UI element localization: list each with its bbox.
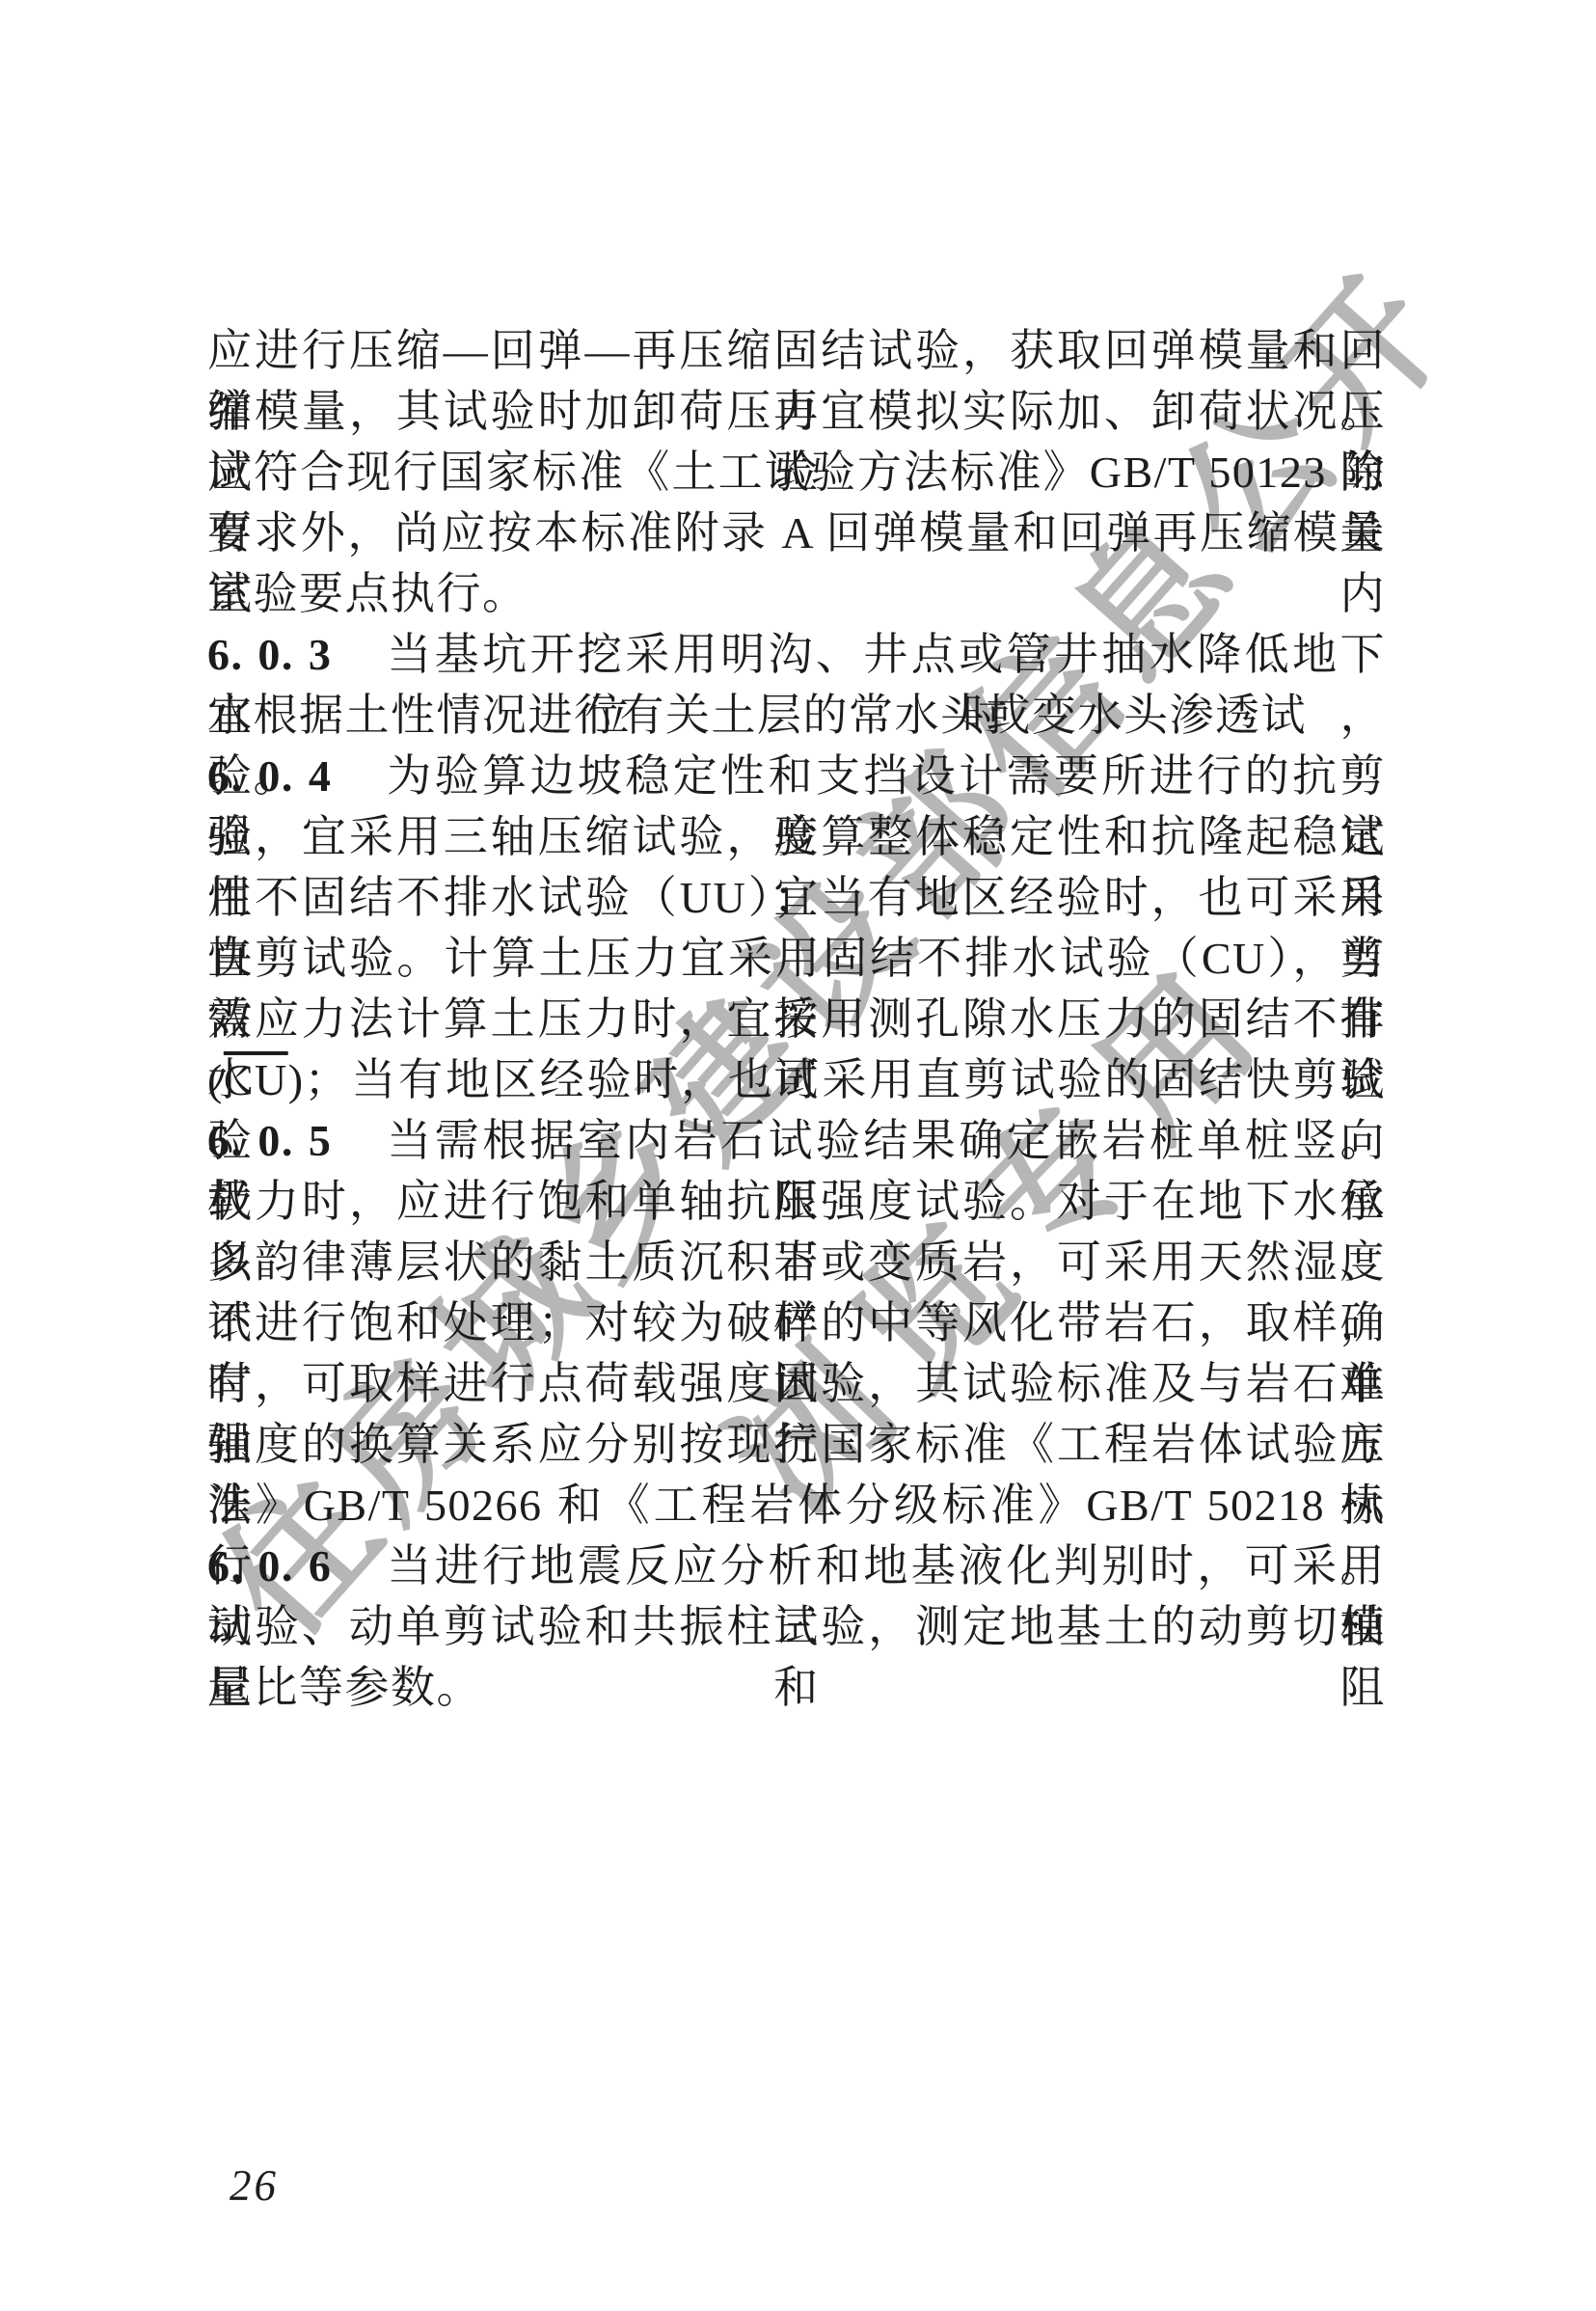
text-line: 快剪试验。计算土压力宜采用固结不排水试验（CU），当需按有 bbox=[207, 928, 1386, 989]
text-line: (CU)；当有地区经验时，也可采用直剪试验的固结快剪试验。 bbox=[207, 1049, 1386, 1110]
text-line: 验，宜采用三轴压缩试验，验算整体稳定性和抗隆起稳定性宜采 bbox=[207, 806, 1386, 867]
text-line: 效应力法计算土压力时，宜采用测孔隙水压力的固结不排水试验 bbox=[207, 989, 1386, 1049]
body-text: 应进行压缩—回弹—再压缩固结试验，获取回弹模量和回弹再压缩模量，其试验时加卸荷压… bbox=[207, 320, 1386, 1718]
overline-symbol: CU bbox=[224, 1055, 288, 1104]
text-line: 多韵律薄层状的黏土质沉积岩或变质岩，可采用天然湿度试样， bbox=[207, 1232, 1386, 1292]
text-line: 准》GB/T 50266 和《工程岩体分级标准》GB/T 50218 执行。 bbox=[207, 1475, 1386, 1536]
section-number: 6. 0. 6 bbox=[207, 1541, 332, 1591]
text-line: 用不固结不排水试验（UU）；当有地区经验时，也可采用直剪 bbox=[207, 867, 1386, 928]
text-line: 应进行压缩—回弹—再压缩固结试验，获取回弹模量和回弹再压 bbox=[207, 320, 1386, 381]
text-line: 应符合现行国家标准《土工试验方法标准》GB/T 50123 的有关 bbox=[207, 442, 1386, 503]
text-segment: 尼比等参数。 bbox=[207, 1663, 482, 1712]
text-line: 6. 0. 3当基坑开挖采用明沟、井点或管井抽水降低地下水位时， bbox=[207, 624, 1386, 685]
text-line: 6. 0. 5当需根据室内岩石试验结果确定嵌岩桩单桩竖向极限承 bbox=[207, 1110, 1386, 1171]
text-line: 时，可取样进行点荷载强度试验，其试验标准及与岩石单轴抗压 bbox=[207, 1353, 1386, 1414]
section-number: 6. 0. 3 bbox=[207, 630, 332, 679]
text-line: 试验、动单剪试验和共振柱试验，测定地基土的动剪切模量和阻 bbox=[207, 1596, 1386, 1657]
text-line: 不进行饱和处理；对较为破碎的中等风化带岩石，取样确有困难 bbox=[207, 1292, 1386, 1353]
text-line: 宜根据土性情况进行有关土层的常水头或变水头渗透试验。 bbox=[207, 685, 1386, 746]
text-line: 载力时，应进行饱和单轴抗压强度试验。对于在地下水位以下、 bbox=[207, 1171, 1386, 1232]
text-line: 6. 0. 4为验算边坡稳定性和支挡设计需要所进行的抗剪强度试 bbox=[207, 746, 1386, 806]
section-number: 6. 0. 4 bbox=[207, 751, 332, 801]
text-line: 强度的换算关系应分别按现行国家标准《工程岩体试验方法标 bbox=[207, 1414, 1386, 1475]
section-number: 6. 0. 5 bbox=[207, 1116, 332, 1165]
page-number: 26 bbox=[230, 2161, 279, 2211]
text-segment: ( bbox=[207, 1055, 224, 1104]
document-page: 住房城乡建设部信息公开 浏览专用 应进行压缩—回弹—再压缩固结试验，获取回弹模量… bbox=[0, 0, 1596, 2311]
text-line: 缩模量，其试验时加卸荷压力宜模拟实际加、卸荷状况。试验除 bbox=[207, 381, 1386, 442]
text-segment: 试验要点执行。 bbox=[207, 569, 528, 618]
text-line: 要求外，尚应按本标准附录 A 回弹模量和回弹再压缩模量室内 bbox=[207, 503, 1386, 563]
text-line: 6. 0. 6当进行地震反应分析和地基液化判别时，可采用动三轴 bbox=[207, 1536, 1386, 1596]
